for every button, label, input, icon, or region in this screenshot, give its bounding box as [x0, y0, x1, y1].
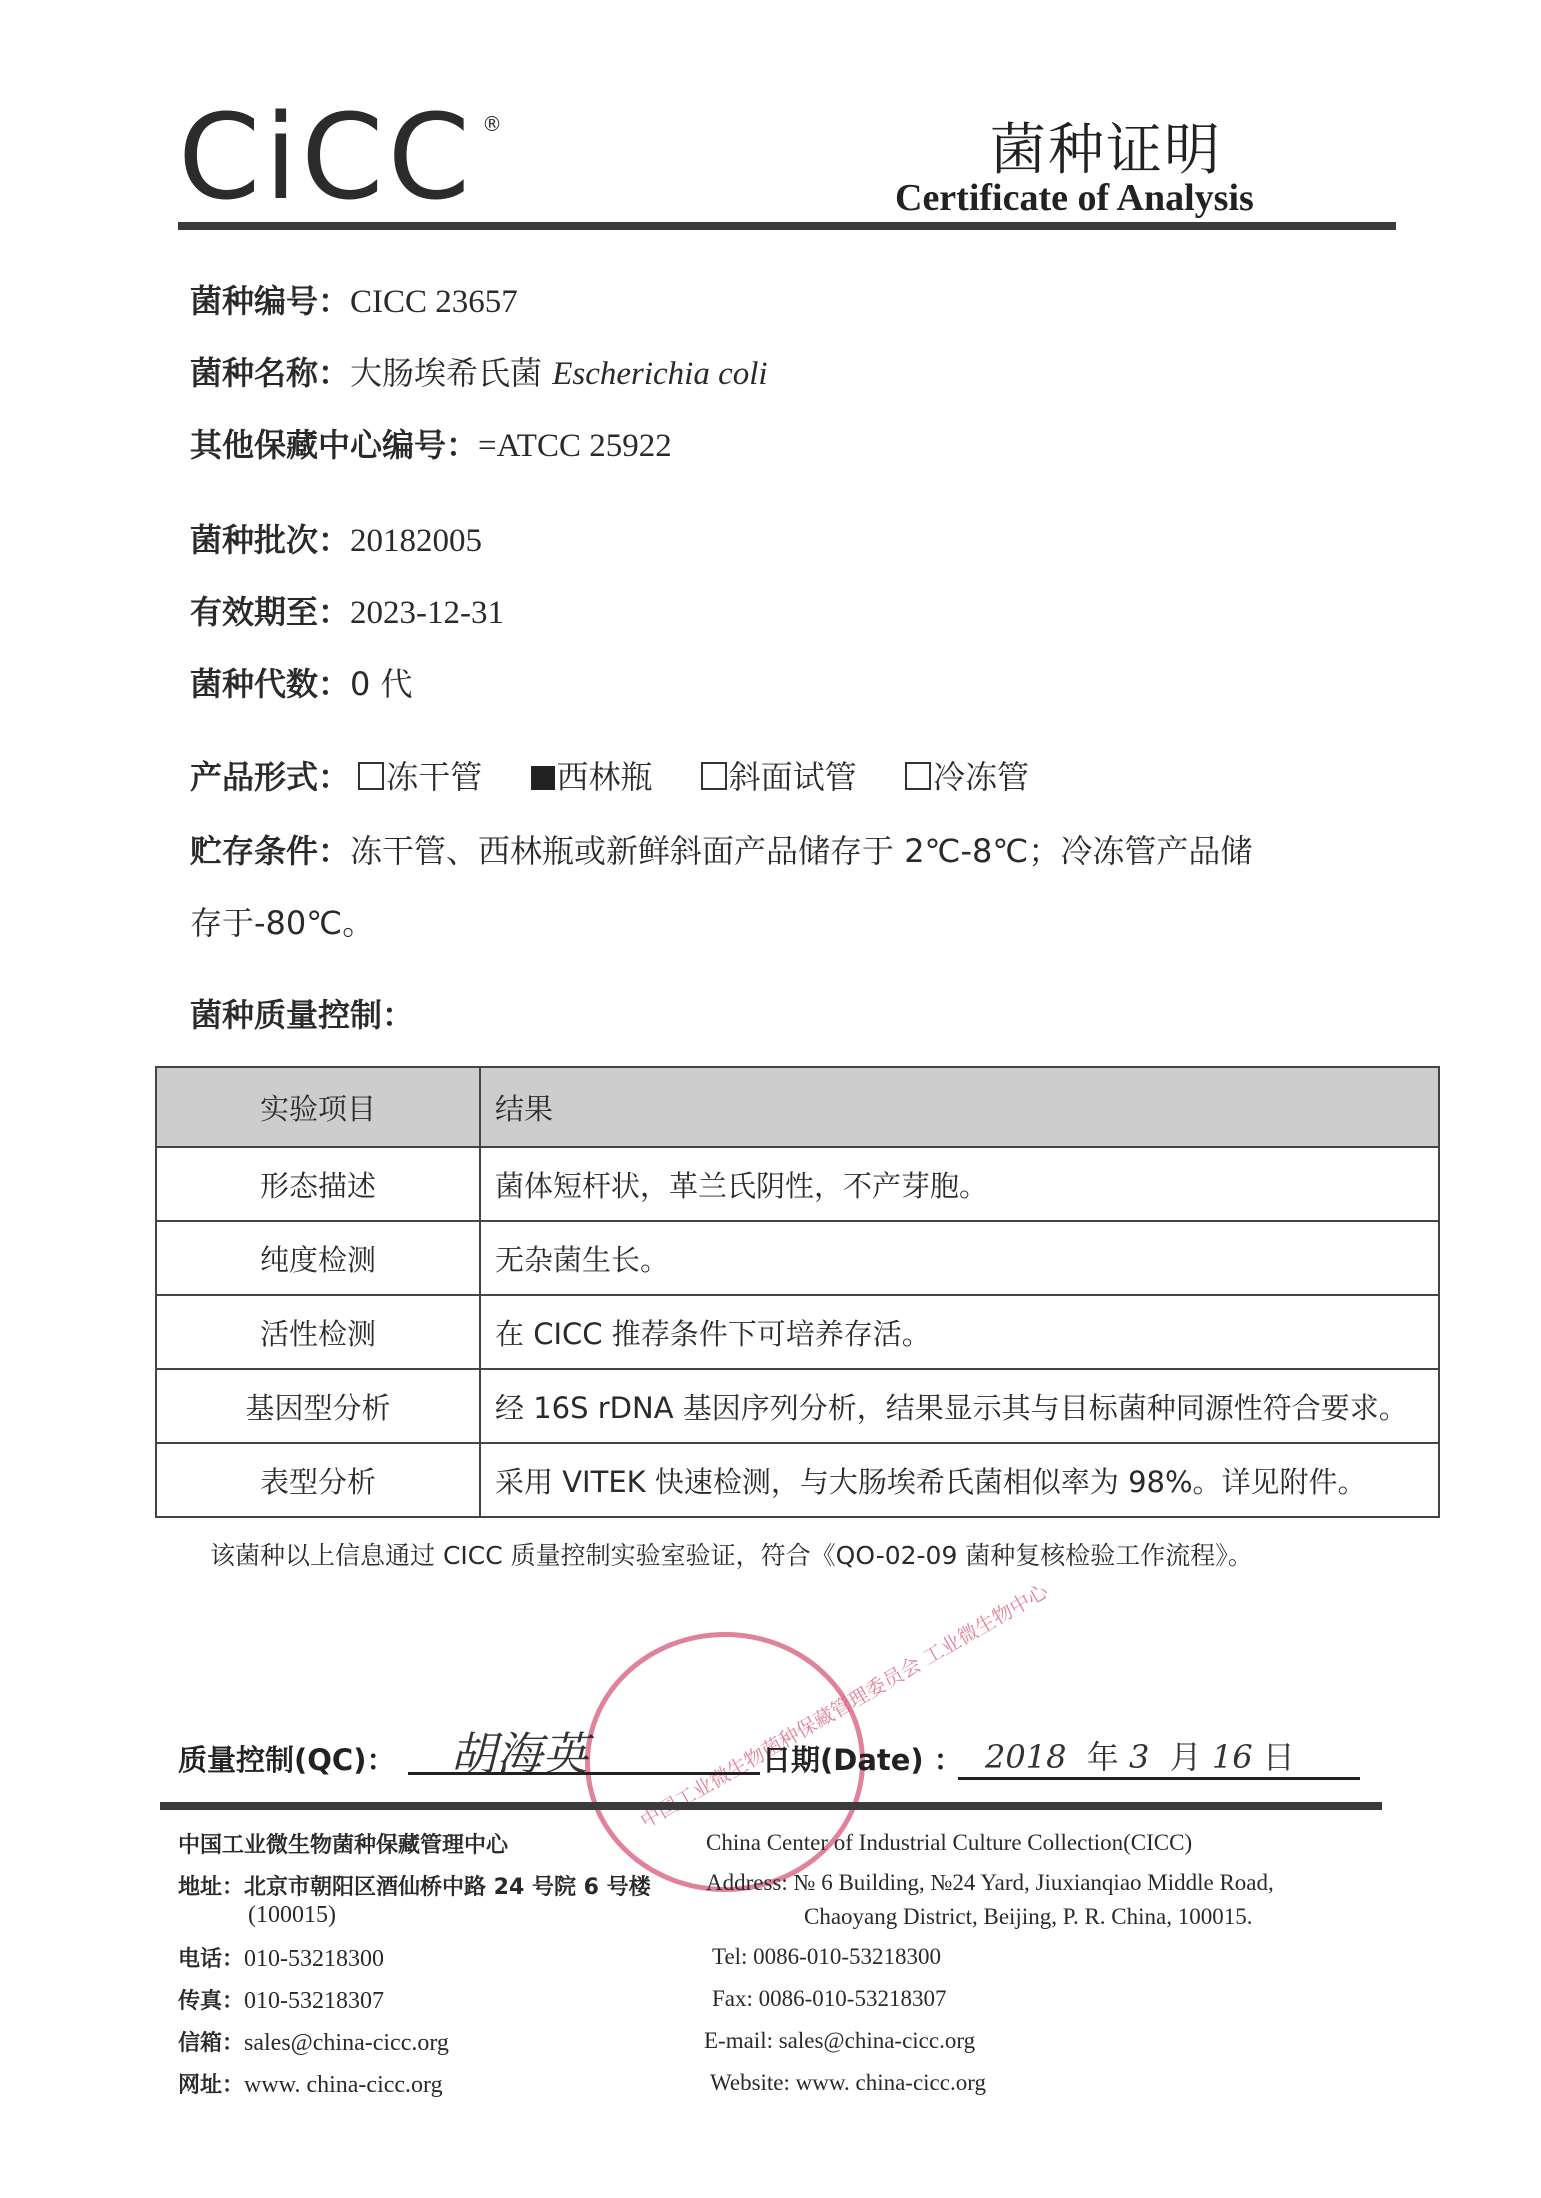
month-unit: 月 — [1170, 1738, 1202, 1776]
column-header-result: 结果 — [480, 1067, 1439, 1147]
footer-tel-en: Tel: 0086-010-53218300 — [712, 1944, 941, 1970]
postcode: (100015) — [248, 1902, 336, 1928]
footer-address-cn: 地址：北京市朝阳区酒仙桥中路 24 号院 6 号楼 — [178, 1870, 651, 1901]
strain-name-label: 菌种名称： — [190, 354, 350, 392]
registered-mark: ® — [482, 112, 502, 136]
option-label: 冻干管 — [386, 758, 482, 796]
checkbox-checked-icon[interactable] — [531, 766, 555, 790]
cicc-logo: CiCC — [178, 98, 474, 216]
footer-fax-cn: 传真：010-53218307 — [178, 1984, 384, 2015]
expiry-label: 有效期至： — [190, 593, 350, 631]
row-item: 表型分析 — [156, 1443, 480, 1517]
verification-note: 该菌种以上信息通过 CICC 质量控制实验室验证，符合《QO-02-09 菌种复… — [210, 1536, 1253, 1572]
row-result: 无杂菌生长。 — [480, 1221, 1439, 1295]
tel-cn: 010-53218300 — [244, 1946, 384, 1972]
date-year: 2018 — [985, 1738, 1066, 1776]
other-collection-label: 其他保藏中心编号： — [190, 426, 478, 464]
date-month: 3 — [1129, 1738, 1149, 1776]
table-row: 表型分析 采用 VITEK 快速检测，与大肠埃希氏菌相似率为 98%。详见附件。 — [156, 1443, 1439, 1517]
batch-value: 20182005 — [350, 523, 482, 559]
field-batch: 菌种批次：20182005 — [190, 515, 482, 561]
fax-cn: 010-53218307 — [244, 1988, 384, 2014]
date-value: 2018 年 3 月 16 日 — [985, 1732, 1295, 1778]
table-header-row: 实验项目 结果 — [156, 1067, 1439, 1147]
batch-label: 菌种批次： — [190, 521, 350, 559]
qc-heading-text: 菌种质量控制： — [190, 996, 414, 1034]
footer-org-cn: 中国工业微生物菌种保藏管理中心 — [178, 1828, 508, 1859]
strain-name-cn: 大肠埃希氏菌 — [350, 354, 552, 392]
footer-postcode: (100015) — [248, 1902, 336, 1929]
row-item: 基因型分析 — [156, 1369, 480, 1443]
strain-no-label: 菌种编号： — [190, 282, 350, 320]
row-result: 采用 VITEK 快速检测，与大肠埃希氏菌相似率为 98%。详见附件。 — [480, 1443, 1439, 1517]
email-label-cn: 信箱： — [178, 2031, 244, 2056]
row-result: 在 CICC 推荐条件下可培养存活。 — [480, 1295, 1439, 1369]
table-row: 纯度检测 无杂菌生长。 — [156, 1221, 1439, 1295]
footer-divider — [160, 1802, 1382, 1810]
field-generation: 菌种代数：0 代 — [190, 659, 413, 705]
date-label: 日期(Date) ： — [762, 1738, 963, 1779]
date-line — [958, 1777, 1360, 1780]
year-unit: 年 — [1087, 1738, 1119, 1776]
footer-fax-en: Fax: 0086-010-53218307 — [712, 1986, 946, 2012]
storage-conditions: 贮存条件：冻干管、西林瓶或新鲜斜面产品储存于 2℃-8℃；冷冻管产品储 — [190, 826, 1252, 872]
table-row: 形态描述 菌体短杆状，革兰氏阴性，不产芽胞。 — [156, 1147, 1439, 1221]
other-collection-value: =ATCC 25922 — [478, 428, 672, 464]
field-other-collection: 其他保藏中心编号：=ATCC 25922 — [190, 420, 672, 466]
option-label: 西林瓶 — [557, 758, 653, 796]
title-en: Certificate of Analysis — [895, 176, 1254, 220]
column-header-item: 实验项目 — [156, 1067, 480, 1147]
checkbox-unchecked-icon[interactable] — [905, 762, 931, 790]
expiry-value: 2023-12-31 — [350, 595, 504, 631]
strain-name-latin: Escherichia coli — [552, 356, 767, 392]
tel-label-cn: 电话： — [178, 1947, 244, 1972]
footer-address-en-2: Chaoyang District, Beijing, P. R. China,… — [804, 1904, 1253, 1930]
footer-email-cn: 信箱：sales@china-cicc.org — [178, 2026, 449, 2057]
org-name-cn: 中国工业微生物菌种保藏管理中心 — [178, 1833, 508, 1858]
option-label: 斜面试管 — [729, 758, 857, 796]
qc-table: 实验项目 结果 形态描述 菌体短杆状，革兰氏阴性，不产芽胞。 纯度检测 无杂菌生… — [155, 1066, 1440, 1518]
title-cn: 菌种证明 — [990, 106, 1222, 186]
row-result: 菌体短杆状，革兰氏阴性，不产芽胞。 — [480, 1147, 1439, 1221]
storage-conditions-cont: 存于-80℃。 — [190, 898, 374, 944]
footer-web-en[interactable]: Website: www. china-cicc.org — [710, 2070, 986, 2096]
generation-label: 菌种代数： — [190, 665, 350, 703]
day-unit: 日 — [1263, 1738, 1295, 1776]
footer-tel-cn: 电话：010-53218300 — [178, 1942, 384, 1973]
qc-heading: 菌种质量控制： — [190, 990, 414, 1036]
qc-label: 质量控制(QC)： — [178, 1738, 395, 1779]
web-cn[interactable]: www. china-cicc.org — [244, 2072, 443, 2098]
row-item: 纯度检测 — [156, 1221, 480, 1295]
row-result: 经 16S rDNA 基因序列分析，结果显示其与目标菌种同源性符合要求。 — [480, 1369, 1439, 1443]
address-cn: 北京市朝阳区酒仙桥中路 24 号院 6 号楼 — [244, 1875, 651, 1900]
email-cn[interactable]: sales@china-cicc.org — [244, 2030, 449, 2056]
signature-line — [408, 1772, 760, 1775]
strain-no-value: CICC 23657 — [350, 284, 518, 320]
footer-web-cn: 网址：www. china-cicc.org — [178, 2068, 443, 2099]
footer-address-en-1: Address: № 6 Building, №24 Yard, Jiuxian… — [706, 1870, 1274, 1896]
field-strain-no: 菌种编号：CICC 23657 — [190, 276, 518, 322]
storage-line1: 冻干管、西林瓶或新鲜斜面产品储存于 2℃-8℃；冷冻管产品储 — [350, 832, 1252, 870]
table-row: 活性检测 在 CICC 推荐条件下可培养存活。 — [156, 1295, 1439, 1369]
header-divider — [178, 222, 1396, 230]
generation-value: 0 代 — [350, 665, 413, 703]
checkbox-unchecked-icon[interactable] — [701, 762, 727, 790]
field-strain-name: 菌种名称：大肠埃希氏菌 Escherichia coli — [190, 348, 768, 394]
storage-line2: 存于-80℃。 — [190, 904, 374, 942]
address-label-cn: 地址： — [178, 1875, 244, 1900]
row-item: 活性检测 — [156, 1295, 480, 1369]
footer-org-en: China Center of Industrial Culture Colle… — [706, 1830, 1192, 1856]
field-expiry: 有效期至：2023-12-31 — [190, 587, 504, 633]
table-row: 基因型分析 经 16S rDNA 基因序列分析，结果显示其与目标菌种同源性符合要… — [156, 1369, 1439, 1443]
row-item: 形态描述 — [156, 1147, 480, 1221]
web-label-cn: 网址： — [178, 2073, 244, 2098]
product-form-label: 产品形式： — [190, 758, 350, 796]
footer-email-en[interactable]: E-mail: sales@china-cicc.org — [704, 2028, 975, 2054]
checkbox-unchecked-icon[interactable] — [358, 762, 384, 790]
date-day: 16 — [1212, 1738, 1253, 1776]
fax-label-cn: 传真： — [178, 1989, 244, 2014]
product-form: 产品形式： 冻干管 西林瓶 斜面试管 冷冻管 — [190, 752, 1029, 798]
storage-label: 贮存条件： — [190, 832, 350, 870]
option-label: 冷冻管 — [933, 758, 1029, 796]
